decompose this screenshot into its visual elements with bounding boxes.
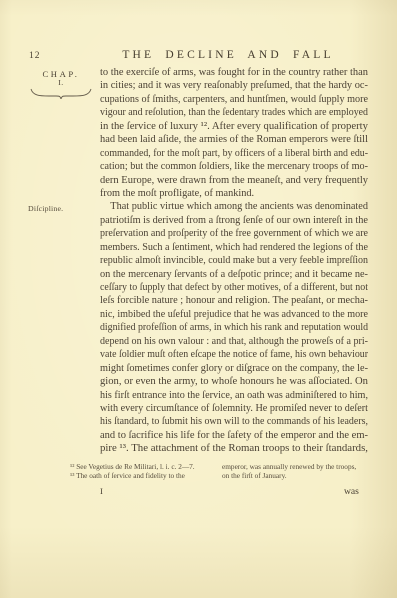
signature-mark: I [100, 486, 103, 496]
body-line: That public virtue which among the ancie… [100, 200, 368, 213]
body-line: his ſtandard, to ſubmit his own will to … [100, 415, 368, 428]
body-line: republic almoſt invincible, could make b… [100, 254, 368, 267]
body-line: pire ¹³. The attachment of the Roman tro… [100, 442, 368, 455]
margin-column: CHAP. I. [28, 69, 94, 99]
body-line: vate ſoldier muſt often eſcape the notic… [100, 348, 368, 361]
body-line: to the exerciſe of arms, was fought for … [100, 66, 368, 79]
body-line: members. Such a ſentiment, which had ren… [100, 241, 368, 254]
body-line: depend on his own valour : and that, alt… [100, 335, 368, 348]
footnote-column-left: ¹² See Vegetius de Re Militari, l. i. c.… [70, 462, 222, 480]
book-page: 12 THE DECLINE AND FALL CHAP. I. Diſcipl… [0, 0, 397, 598]
footnotes-section: ¹² See Vegetius de Re Militari, l. i. c.… [70, 462, 368, 480]
body-line: on the mercenary ſervants of a deſpotic … [100, 268, 368, 281]
catchword: was [344, 486, 359, 497]
body-text: to the exerciſe of arms, was fought for … [100, 66, 368, 456]
side-note: Diſcipline. [28, 204, 94, 213]
footnote-line: emperor, was annually renewed by the tro… [222, 462, 368, 471]
chapter-brace-ornament [30, 87, 92, 99]
body-line: cupations of ſmiths, carpenters, and hun… [100, 93, 368, 106]
body-line: had been laid aſide, the armies of the R… [100, 133, 368, 146]
body-line: vigour and reſolution, than the ſedentar… [100, 106, 368, 119]
footnote-line: ¹² See Vegetius de Re Militari, l. i. c.… [70, 462, 222, 471]
footnote-line: ¹³ The oath of ſervice and fidelity to t… [70, 471, 222, 480]
footnote-line: on the firſt of January. [222, 471, 368, 480]
body-line: leſs forcible nature ; honour and religi… [100, 294, 368, 307]
body-line: and to ſacrifice his life for the ſafety… [100, 429, 368, 442]
page-number: 12 [29, 51, 41, 61]
footnote-column-right: emperor, was annually renewed by the tro… [222, 462, 368, 480]
body-line: might ſometimes confer glory or diſgrace… [100, 362, 368, 375]
body-line: ceſſary to ſupply that defect by other m… [100, 281, 368, 294]
body-line: in cities; and it was very reaſonably pr… [100, 79, 368, 92]
body-line: from the moſt profligate, of mankind. [100, 187, 254, 200]
body-line: dignified profeſſion of arms, in which h… [100, 321, 368, 334]
body-line: nic, imbibed the uſeful prejudice that h… [100, 308, 368, 321]
body-line: preſervation and proſperity of the free … [100, 227, 368, 240]
body-line: commanded, for the moſt part, by officer… [100, 147, 368, 160]
body-line: in the ſervice of luxury ¹². After every… [100, 120, 368, 133]
body-line: gion, or even the army, to whoſe honours… [100, 375, 368, 388]
body-line: with every circumſtance of ſolemnity. He… [100, 402, 368, 415]
chapter-numeral: I. [28, 78, 94, 87]
body-line: his firſt entrance into the ſervice, an … [100, 389, 368, 402]
body-line: patriotiſm is derived from a ſtrong ſenſ… [100, 214, 368, 227]
running-header: THE DECLINE AND FALL [98, 49, 358, 61]
bottom-row: I was [0, 486, 397, 500]
body-line: dern Europe, were drawn from the meaneſt… [100, 174, 368, 187]
body-line: cation; but the common ſoldiers, like th… [100, 160, 368, 173]
